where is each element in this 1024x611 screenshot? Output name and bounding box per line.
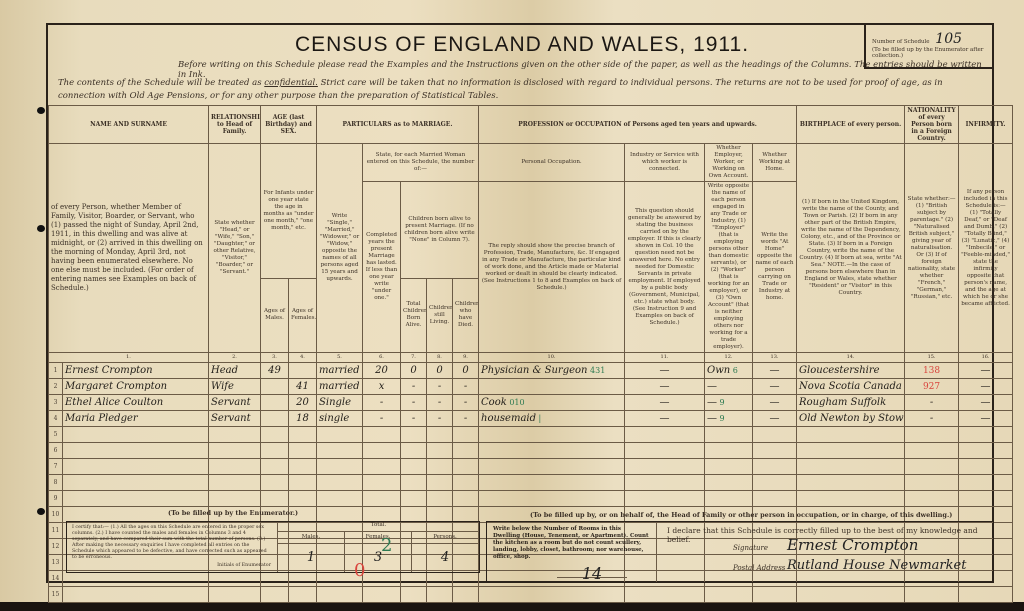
cell-age_m: 49 [261,363,289,379]
cell-years [363,475,401,491]
table-row: 1Ernest CromptonHead49married20000Physic… [49,363,1013,379]
cell-name: Margaret Crompton [63,379,209,395]
infirmity-description: If any person included in this Schedule … [959,144,1013,353]
cell-cond: married [317,379,363,395]
cell-c7: 0 [401,363,427,379]
occupation-code-mark: 431 [587,366,605,375]
cell-name [63,491,209,507]
cell-age_f [289,475,317,491]
cell-c8 [427,459,453,475]
cell-occupation: housemaid | [479,411,625,427]
cell-c7 [401,427,427,443]
cell-nat: 138 [905,363,959,379]
cell-rel [209,443,261,459]
cell-c7: - [401,379,427,395]
confidential-notice: The contents of the Schedule will be tre… [58,77,988,103]
punch-hole [37,225,45,232]
cell-occupation [479,587,625,603]
cell-employer: Own 6 [705,363,753,379]
cell-occupation [479,443,625,459]
cell-n: 2 [49,379,63,395]
cell-nat: 927 [905,379,959,395]
cell-nat [905,443,959,459]
cell-name [63,475,209,491]
cell-employer [705,459,753,475]
cell-nat [905,587,959,603]
cell-c8 [427,587,453,603]
initials-label: Initials of Enumerator [217,563,271,569]
cell-home [753,443,797,459]
cell-age_f [289,491,317,507]
cell-infirm [959,443,1013,459]
cell-birthplace: Rougham Suffolk [797,395,905,411]
cell-years [363,587,401,603]
employer-code-mark: 9 [717,414,725,423]
cell-nat [905,475,959,491]
industry-head: Industry or Service with which worker is… [625,144,705,182]
home-description: Write the words "At Home" opposite the n… [753,182,797,353]
children-died-head: Children who have Died. [453,278,479,352]
cell-rel [209,427,261,443]
table-row: 5 [49,427,1013,443]
cell-c9 [453,459,479,475]
cell-home [753,459,797,475]
table-row: 4Maria PledgerServant18single----housema… [49,411,1013,427]
relationship-description: State whether "Head," or "Wife," "Son," … [209,144,261,353]
cell-age_f: 18 [289,411,317,427]
cell-home [753,427,797,443]
cell-name [63,587,209,603]
cell-cond: married [317,363,363,379]
cell-infirm [959,491,1013,507]
cell-years: - [363,395,401,411]
cell-rel: Servant [209,411,261,427]
birthplace-code-mark: 927 [923,382,940,392]
cell-home: — [753,395,797,411]
household-title: (To be filled up by, or on behalf of, th… [530,511,952,519]
cell-age_f [289,363,317,379]
total-males: 1 [278,544,345,572]
cell-c8 [427,427,453,443]
home-head: Whether Working at Home. [753,144,797,182]
cell-n: 11 [49,523,63,539]
household-box: Write below the Number of Rooms in this … [486,521,994,583]
cell-occupation [479,491,625,507]
industry-description: This question should generally be answer… [625,182,705,353]
rooms-count: 14 [557,570,627,578]
cell-c9 [453,491,479,507]
cell-c7: - [401,411,427,427]
children-born-head: Total Children Born Alive. [401,278,427,352]
schedule-number-box: Number of Schedule 105 (To be filled up … [864,23,994,69]
cell-n: 8 [49,475,63,491]
cell-infirm [959,475,1013,491]
cell-n: 3 [49,395,63,411]
cell-name: Ernest Crompton [63,363,209,379]
cell-age_m [261,587,289,603]
cell-n: 13 [49,555,63,571]
cell-name [63,427,209,443]
cell-employer: — [705,379,753,395]
cell-infirm: — [959,363,1013,379]
total-persons: 4 [412,544,479,572]
cell-nat: - [905,395,959,411]
employer-head: Whether Employer, Worker, or Working on … [705,144,753,182]
cell-employer [705,587,753,603]
table-row: 9 [49,491,1013,507]
header-name: NAME AND SURNAME [49,106,209,144]
birthplace-code-mark: 138 [923,366,940,376]
header-age: AGE (last Birthday) and SEX. [261,106,317,144]
males-head: Ages of Males. [261,278,289,352]
cell-years: - [363,411,401,427]
cell-home [753,475,797,491]
cell-n: 10 [49,507,63,523]
cell-rel [209,587,261,603]
cell-n: 12 [49,539,63,555]
cell-cond [317,475,363,491]
cell-infirm [959,459,1013,475]
header-marriage: PARTICULARS as to MARRIAGE. [317,106,479,144]
cell-industry [625,475,705,491]
cell-home [753,491,797,507]
cell-rel: Wife [209,379,261,395]
married-woman-description: State, for each Married Woman entered on… [363,144,479,182]
cell-infirm: — [959,411,1013,427]
cell-cond [317,443,363,459]
cell-birthplace [797,475,905,491]
cell-industry: — [625,395,705,411]
census-schedule: CENSUS OF ENGLAND AND WALES, 1911. Befor… [46,23,994,583]
cell-industry: — [625,379,705,395]
cell-n: 14 [49,571,63,587]
cell-rel [209,475,261,491]
cell-age_f [289,443,317,459]
cell-infirm [959,587,1013,603]
cell-cond [317,587,363,603]
table-row: 6 [49,443,1013,459]
cell-c9 [453,475,479,491]
cell-c8 [427,475,453,491]
cell-age_m [261,411,289,427]
cell-birthplace [797,459,905,475]
cell-occupation: Cook 010 [479,395,625,411]
cell-birthplace [797,443,905,459]
cell-c8: - [427,411,453,427]
header-relationship: RELATIONSHIP to Head of Family. [209,106,261,144]
table-row: 8 [49,475,1013,491]
cell-age_m [261,491,289,507]
cell-home: — [753,363,797,379]
cell-c9: - [453,395,479,411]
cell-c8: 0 [427,363,453,379]
postal-address: Rutland House Newmarket [787,558,966,573]
cell-rel: Servant [209,395,261,411]
cell-c9: - [453,411,479,427]
cell-n: 7 [49,459,63,475]
cell-n: 4 [49,411,63,427]
cell-nat [905,459,959,475]
cell-cond [317,491,363,507]
cell-n: 6 [49,443,63,459]
cell-industry: — [625,411,705,427]
schedule-number: 105 [935,31,962,47]
table-row: 2Margaret CromptonWife41marriedx---———No… [49,379,1013,395]
children-living-head: Children still Living. [427,278,453,352]
age-description: For Infants under one year state the age… [261,144,317,279]
enumerator-certify: I certify that:— (1.) All the ages on th… [67,522,278,572]
cell-years [363,459,401,475]
cell-employer: — 9 [705,411,753,427]
cell-employer [705,491,753,507]
cell-age_f: 20 [289,395,317,411]
cell-c9: 0 [453,363,479,379]
header-infirmity: INFIRMITY. [959,106,1013,144]
cell-infirm: — [959,395,1013,411]
cell-name: Maria Pledger [63,411,209,427]
cell-industry [625,459,705,475]
cell-age_m [261,459,289,475]
cell-cond: Single [317,395,363,411]
employer-code-mark: 9 [717,398,725,407]
cell-c7 [401,459,427,475]
cell-c7 [401,443,427,459]
totals-table: Total. Males. Females. Persons. 1 3 4 [278,522,479,572]
employer-code-mark: 6 [730,366,738,375]
cell-years [363,443,401,459]
cell-age_m [261,379,289,395]
table-row: 7 [49,459,1013,475]
birthplace-description: (1) If born in the United Kingdom, write… [797,144,905,353]
cell-name [63,443,209,459]
red-mark: 0 [354,560,365,581]
cell-occupation [479,459,625,475]
enumerator-box: I certify that:— (1.) All the ages on th… [66,521,480,573]
cell-birthplace [797,491,905,507]
cell-age_m [261,443,289,459]
cell-c7 [401,475,427,491]
occupation-code-mark: 010 [507,398,525,407]
header-birthplace: BIRTHPLACE of every person. [797,106,905,144]
cell-employer [705,475,753,491]
punch-hole [37,508,45,515]
cell-nat [905,491,959,507]
cell-years [363,427,401,443]
cell-name: Ethel Alice Coulton [63,395,209,411]
cell-occupation [479,427,625,443]
cell-birthplace: Old Newton by Stow Suffolk [797,411,905,427]
header-nationality: NATIONALITY of every Person born in a Fo… [905,106,959,144]
cell-c8 [427,491,453,507]
cell-industry [625,587,705,603]
cell-n: 1 [49,363,63,379]
cell-rel: Head [209,363,261,379]
table-row: 3Ethel Alice CoultonServant20Single----C… [49,395,1013,411]
header-profession: PROFESSION or OCCUPATION of Persons aged… [479,106,797,144]
cell-years [363,491,401,507]
cell-name [63,459,209,475]
cell-rel [209,459,261,475]
cell-birthplace [797,427,905,443]
cell-c7 [401,587,427,603]
nationality-description: State whether:— (1) "British subject by … [905,144,959,353]
cell-industry [625,491,705,507]
cell-c8: - [427,395,453,411]
condition-description: Write "Single," "Married," "Widower," or… [317,144,363,353]
page-title: CENSUS OF ENGLAND AND WALES, 1911. [48,33,996,57]
cell-nat [905,427,959,443]
females-head: Ages of Females. [289,278,317,352]
cell-age_m [261,395,289,411]
column-numbers: 1. 2. 3. 4. 5. 6. 7. 8. 9. 10. 11. 12. 1… [49,353,1013,363]
personal-occupation-head: Personal Occupation. [479,144,625,182]
declaration-section: I declare that this Schedule is correctl… [657,522,993,582]
cell-birthplace: Gloucestershire [797,363,905,379]
cell-home: — [753,411,797,427]
cell-years: x [363,379,401,395]
cell-c8: - [427,379,453,395]
name-description: of every Person, whether Member of Famil… [49,144,209,353]
cell-n: 5 [49,427,63,443]
rooms-section: Write below the Number of Rooms in this … [487,522,657,582]
cell-home [753,587,797,603]
cell-age_f: 41 [289,379,317,395]
employer-description: Write opposite the name of each person e… [705,182,753,353]
cell-age_f [289,427,317,443]
cell-c9 [453,427,479,443]
cell-age_f [289,587,317,603]
cell-age_f [289,459,317,475]
census-paper: CENSUS OF ENGLAND AND WALES, 1911. Befor… [0,0,1024,602]
enumerator-title: (To be filled up by the Enumerator.) [168,509,298,517]
cell-c7: - [401,395,427,411]
cell-n: 9 [49,491,63,507]
cell-cond [317,459,363,475]
cell-c9: - [453,379,479,395]
cell-employer [705,443,753,459]
cell-cond [317,427,363,443]
cell-birthplace [797,587,905,603]
occupation-code-mark: | [536,414,541,423]
cell-occupation [479,475,625,491]
cell-cond: single [317,411,363,427]
cell-home: — [753,379,797,395]
personal-occupation-description: The reply should show the precise branch… [479,182,625,353]
cell-c9 [453,443,479,459]
cell-n: 15 [49,587,63,603]
cell-infirm [959,427,1013,443]
cell-employer: — 9 [705,395,753,411]
green-mark: 2 [381,535,392,556]
cell-birthplace: Nova Scotia Canada [797,379,905,395]
cell-occupation [479,379,625,395]
cell-infirm: — [959,379,1013,395]
cell-employer [705,427,753,443]
cell-rel [209,491,261,507]
years-married-description: Completed years the present Marriage has… [363,182,401,353]
cell-c7 [401,491,427,507]
cell-age_m [261,427,289,443]
cell-nat: - [905,411,959,427]
children-description: Children born alive to present Marriage.… [401,182,479,279]
punch-hole [37,107,45,114]
cell-age_m [261,475,289,491]
table-row: 15 [49,587,1013,603]
cell-industry: — [625,363,705,379]
cell-c9 [453,587,479,603]
cell-industry [625,427,705,443]
cell-industry [625,443,705,459]
cell-c8 [427,443,453,459]
signature: Ernest Crompton [787,536,918,554]
cell-occupation: Physician & Surgeon 431 [479,363,625,379]
cell-years: 20 [363,363,401,379]
